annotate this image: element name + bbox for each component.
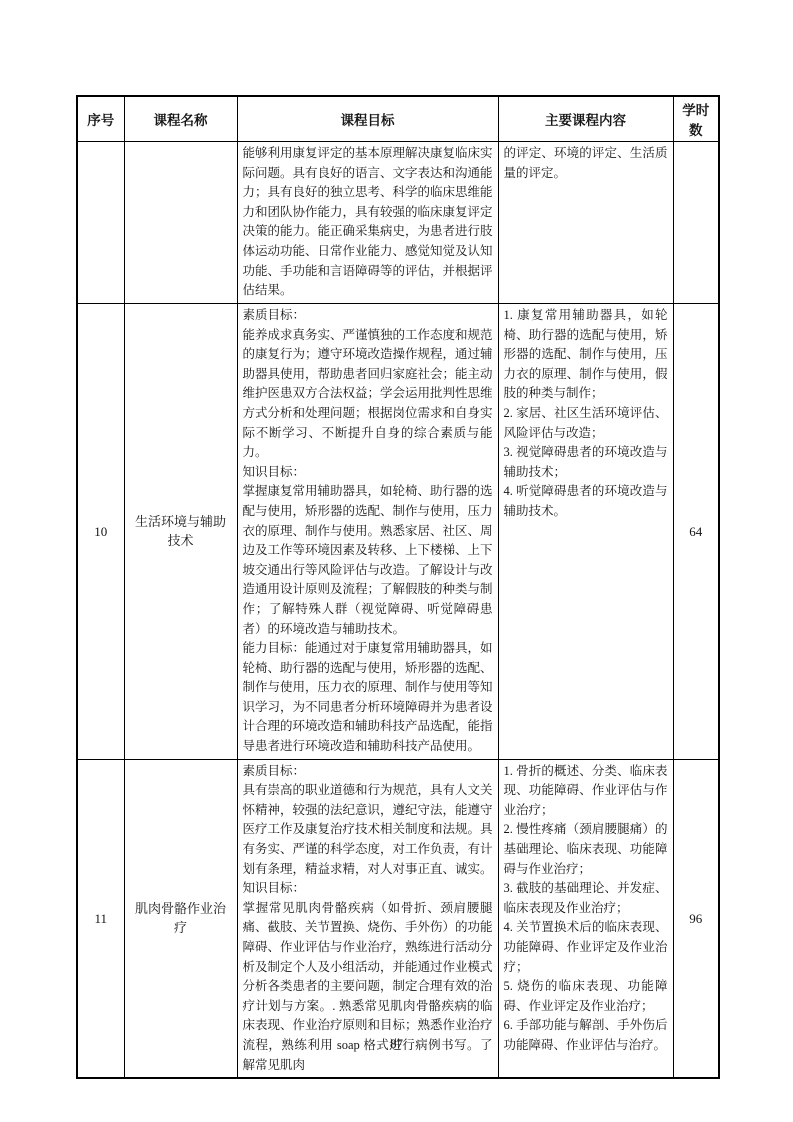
content-paragraph: 4. 关节置换术后的临床表现、功能障碍、作业评定及作业治疗； — [504, 918, 668, 977]
course-table: 序号 课程名称 课程目标 主要课程内容 学时数 能够利用康复评定的基本原理解决康… — [76, 95, 720, 1079]
cell-serial-number: 11 — [77, 759, 124, 1078]
header-main-course-content: 主要课程内容 — [498, 96, 673, 142]
document-page: 序号 课程名称 课程目标 主要课程内容 学时数 能够利用康复评定的基本原理解决康… — [0, 0, 793, 1122]
cell-course-name: 生活环境与辅助技术 — [124, 304, 237, 760]
objective-paragraph: 能力目标：能通过对于康复常用辅助器具，如轮椅、助行器的选配与使用，矫形器的选配、… — [243, 639, 493, 757]
objective-paragraph: 具有崇高的职业道德和行为规范，具有人文关怀精神，较强的法纪意识，遵纪守法，能遵守… — [243, 781, 493, 879]
objective-paragraph: 掌握康复常用辅助器具，如轮椅、助行器的选配与使用，矫形器的选配、制作与使用，压力… — [243, 482, 493, 639]
cell-credit-hours: 96 — [673, 759, 719, 1078]
cell-course-objectives: 能够利用康复评定的基本原理解决康复临床实际问题。具有良好的语言、文字表达和沟通能… — [237, 142, 498, 304]
cell-credit-hours: 64 — [673, 304, 719, 760]
header-credit-hours: 学时数 — [673, 96, 719, 142]
content-paragraph: 3. 视觉障碍患者的环境改造与辅助技术； — [504, 443, 668, 482]
objective-paragraph: 能够利用康复评定的基本原理解决康复临床实际问题。具有良好的语言、文字表达和沟通能… — [243, 144, 493, 301]
objective-paragraph: 能养成求真务实、严谨慎独的工作态度和规范的康复行为；遵守环境改造操作规程，通过辅… — [243, 326, 493, 463]
table-row: 10生活环境与辅助技术素质目标：能养成求真务实、严谨慎独的工作态度和规范的康复行… — [77, 304, 719, 760]
cell-serial-number — [77, 142, 124, 304]
objective-paragraph: 知识目标： — [243, 463, 493, 483]
content-paragraph: 1. 骨折的概述、分类、临床表现、功能障碍、作业评估与作业治疗； — [504, 762, 668, 821]
table-row: 能够利用康复评定的基本原理解决康复临床实际问题。具有良好的语言、文字表达和沟通能… — [77, 142, 719, 304]
content-paragraph: 的评定、环境的评定、生活质量的评定。 — [504, 144, 668, 183]
table-row: 11肌肉骨骼作业治疗素质目标：具有崇高的职业道德和行为规范，具有人文关怀精神，较… — [77, 759, 719, 1078]
cell-main-course-content: 1. 康复常用辅助器具，如轮椅、助行器的选配与使用，矫形器的选配、制作与使用，压… — [498, 304, 673, 760]
content-paragraph: 4. 听觉障碍患者的环境改造与辅助技术。 — [504, 482, 668, 521]
objective-paragraph: 知识目标： — [243, 879, 493, 899]
table-header-row: 序号 课程名称 课程目标 主要课程内容 学时数 — [77, 96, 719, 142]
objective-paragraph: 素质目标： — [243, 306, 493, 326]
cell-main-course-content: 的评定、环境的评定、生活质量的评定。 — [498, 142, 673, 304]
content-paragraph: 2. 家居、社区生活环境评估、风险评估与改造； — [504, 404, 668, 443]
content-paragraph: 1. 康复常用辅助器具，如轮椅、助行器的选配与使用，矫形器的选配、制作与使用，压… — [504, 306, 668, 404]
content-paragraph: 2. 慢性疼痛（颈肩腰腿痛）的基础理论、临床表现、功能障碍与作业治疗； — [504, 820, 668, 879]
cell-course-name: 肌肉骨骼作业治疗 — [124, 759, 237, 1078]
header-serial-number: 序号 — [77, 96, 124, 142]
cell-credit-hours — [673, 142, 719, 304]
cell-main-course-content: 1. 骨折的概述、分类、临床表现、功能障碍、作业评估与作业治疗；2. 慢性疼痛（… — [498, 759, 673, 1078]
cell-serial-number: 10 — [77, 304, 124, 760]
header-course-name: 课程名称 — [124, 96, 237, 142]
content-paragraph: 5. 烧伤的临床表现、功能障碍、作业评定及作业治疗； — [504, 977, 668, 1016]
content-paragraph: 3. 截肢的基础理论、并发症、临床表现及作业治疗； — [504, 879, 668, 918]
cell-course-objectives: 素质目标：能养成求真务实、严谨慎独的工作态度和规范的康复行为；遵守环境改造操作规… — [237, 304, 498, 760]
cell-course-name — [124, 142, 237, 304]
header-course-objectives: 课程目标 — [237, 96, 498, 142]
objective-paragraph: 素质目标： — [243, 762, 493, 782]
page-number: 87 — [0, 1036, 793, 1052]
cell-course-objectives: 素质目标：具有崇高的职业道德和行为规范，具有人文关怀精神，较强的法纪意识，遵纪守… — [237, 759, 498, 1078]
